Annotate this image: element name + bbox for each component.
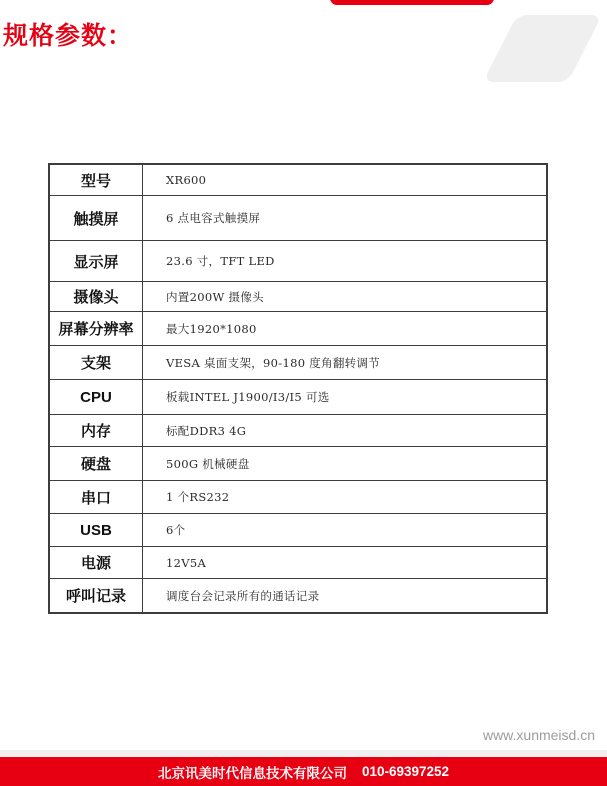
row-label: CPU: [50, 380, 143, 414]
row-value: XR600: [143, 165, 546, 195]
row-label: 摄像头: [50, 282, 143, 311]
table-row: 串口 1 个RS232: [50, 480, 546, 513]
row-value: 最大1920*1080: [143, 312, 546, 345]
top-red-pill-decoration: [330, 0, 494, 5]
row-value: 6个: [143, 514, 546, 546]
row-label: 支架: [50, 346, 143, 379]
corner-parallelogram-decoration: [483, 15, 602, 82]
row-label: 电源: [50, 547, 143, 578]
footer-gray-strip: [0, 750, 607, 757]
row-value: 12V5A: [143, 547, 546, 578]
table-row: 型号 XR600: [50, 165, 546, 195]
row-value: VESA 桌面支架，90-180 度角翻转调节: [143, 346, 546, 379]
spec-table: 型号 XR600 触摸屏 6 点电容式触摸屏 显示屏 23.6 寸，TFT LE…: [48, 163, 548, 614]
page-title: 规格参数：: [3, 16, 133, 52]
company-name: 北京讯美时代信息技术有限公司: [158, 762, 347, 782]
row-label: 显示屏: [50, 241, 143, 281]
row-value: 板载INTEL J1900/I3/I5 可选: [143, 380, 546, 414]
row-label: USB: [50, 514, 143, 546]
row-label: 触摸屏: [50, 196, 143, 240]
row-label: 串口: [50, 481, 143, 513]
table-row: 支架 VESA 桌面支架，90-180 度角翻转调节: [50, 345, 546, 379]
table-row: 内存 标配DDR3 4G: [50, 414, 546, 446]
row-value: 调度台会记录所有的通话记录: [143, 579, 546, 612]
website-url: www.xunmeisd.cn: [483, 727, 595, 743]
row-label: 呼叫记录: [50, 579, 143, 612]
table-row: CPU 板载INTEL J1900/I3/I5 可选: [50, 379, 546, 414]
row-value: 500G 机械硬盘: [143, 447, 546, 480]
phone-number: 010-69397252: [362, 764, 449, 779]
table-row: 电源 12V5A: [50, 546, 546, 578]
table-row: 显示屏 23.6 寸，TFT LED: [50, 240, 546, 281]
row-value: 6 点电容式触摸屏: [143, 196, 546, 240]
row-value: 23.6 寸，TFT LED: [143, 241, 546, 281]
table-row: 屏幕分辨率 最大1920*1080: [50, 311, 546, 345]
row-label: 型号: [50, 165, 143, 195]
table-row: 硬盘 500G 机械硬盘: [50, 446, 546, 480]
table-row: 呼叫记录 调度台会记录所有的通话记录: [50, 578, 546, 612]
table-row: 触摸屏 6 点电容式触摸屏: [50, 195, 546, 240]
row-value: 内置200W 摄像头: [143, 282, 546, 311]
row-value: 1 个RS232: [143, 481, 546, 513]
row-label: 屏幕分辨率: [50, 312, 143, 345]
table-row: 摄像头 内置200W 摄像头: [50, 281, 546, 311]
table-row: USB 6个: [50, 513, 546, 546]
row-label: 内存: [50, 415, 143, 446]
footer-bar: 北京讯美时代信息技术有限公司 010-69397252: [0, 757, 607, 786]
row-label: 硬盘: [50, 447, 143, 480]
row-value: 标配DDR3 4G: [143, 415, 546, 446]
